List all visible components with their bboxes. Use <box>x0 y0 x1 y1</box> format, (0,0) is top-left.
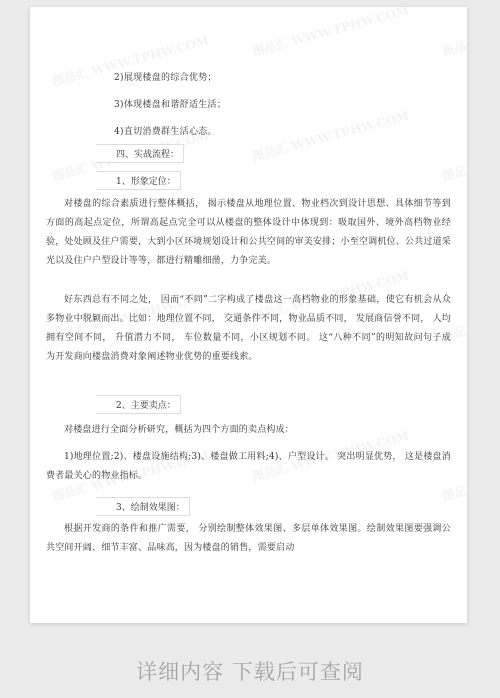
paragraph: 根据开发商的条件和推广需要， 分别绘制整体效果图、多层单体效果图。绘制效果图要强… <box>46 520 451 558</box>
list-item: 3)体现楼盘和谐舒适生活； <box>114 97 226 110</box>
document-page: 图品汇 WWW.TPHW.COM 图品汇 WWW.TPHW.COM 图品汇 WW… <box>30 7 467 623</box>
watermark: 图品汇 WWW.TPHW.COM <box>251 7 411 60</box>
paragraph: 对楼盘的综合素质进行整体概括， 揭示楼盘从地理位置、物业档次到设计思想、具体细节… <box>46 195 451 271</box>
paragraph: 好东西总有不同之处， 因而“不同”二字构成了楼盘这一高档物业的形象基础，使它有机… <box>46 291 451 367</box>
watermark: 图品汇 WWW.TPHW.COM <box>441 126 467 184</box>
subsection-heading-2: 2、主要卖点： <box>96 395 181 414</box>
section-heading: 四、实战流程： <box>96 144 184 163</box>
paragraph: 对楼盘进行全面分析研究，概括为四个方面的卖点构成： <box>46 421 451 440</box>
list-item: 4)直切消费群生活心态。 <box>114 124 217 137</box>
list-item: 2)展现楼盘的综合优势； <box>114 70 217 83</box>
download-prompt: 详细内容 下载后可查阅 <box>0 656 500 686</box>
watermark: 图品汇 WWW.TPHW.COM <box>441 7 467 60</box>
paragraph: 1)地理位置;2)、楼盘设施结构;3)、楼盘做工用料;4)、户型设计。 突出明显… <box>46 448 451 486</box>
watermark: 图品汇 WWW.TPHW.COM <box>251 106 411 164</box>
subsection-heading-1: 1、形象定位： <box>96 171 181 190</box>
subsection-heading-3: 3、绘制效果图： <box>96 497 190 516</box>
